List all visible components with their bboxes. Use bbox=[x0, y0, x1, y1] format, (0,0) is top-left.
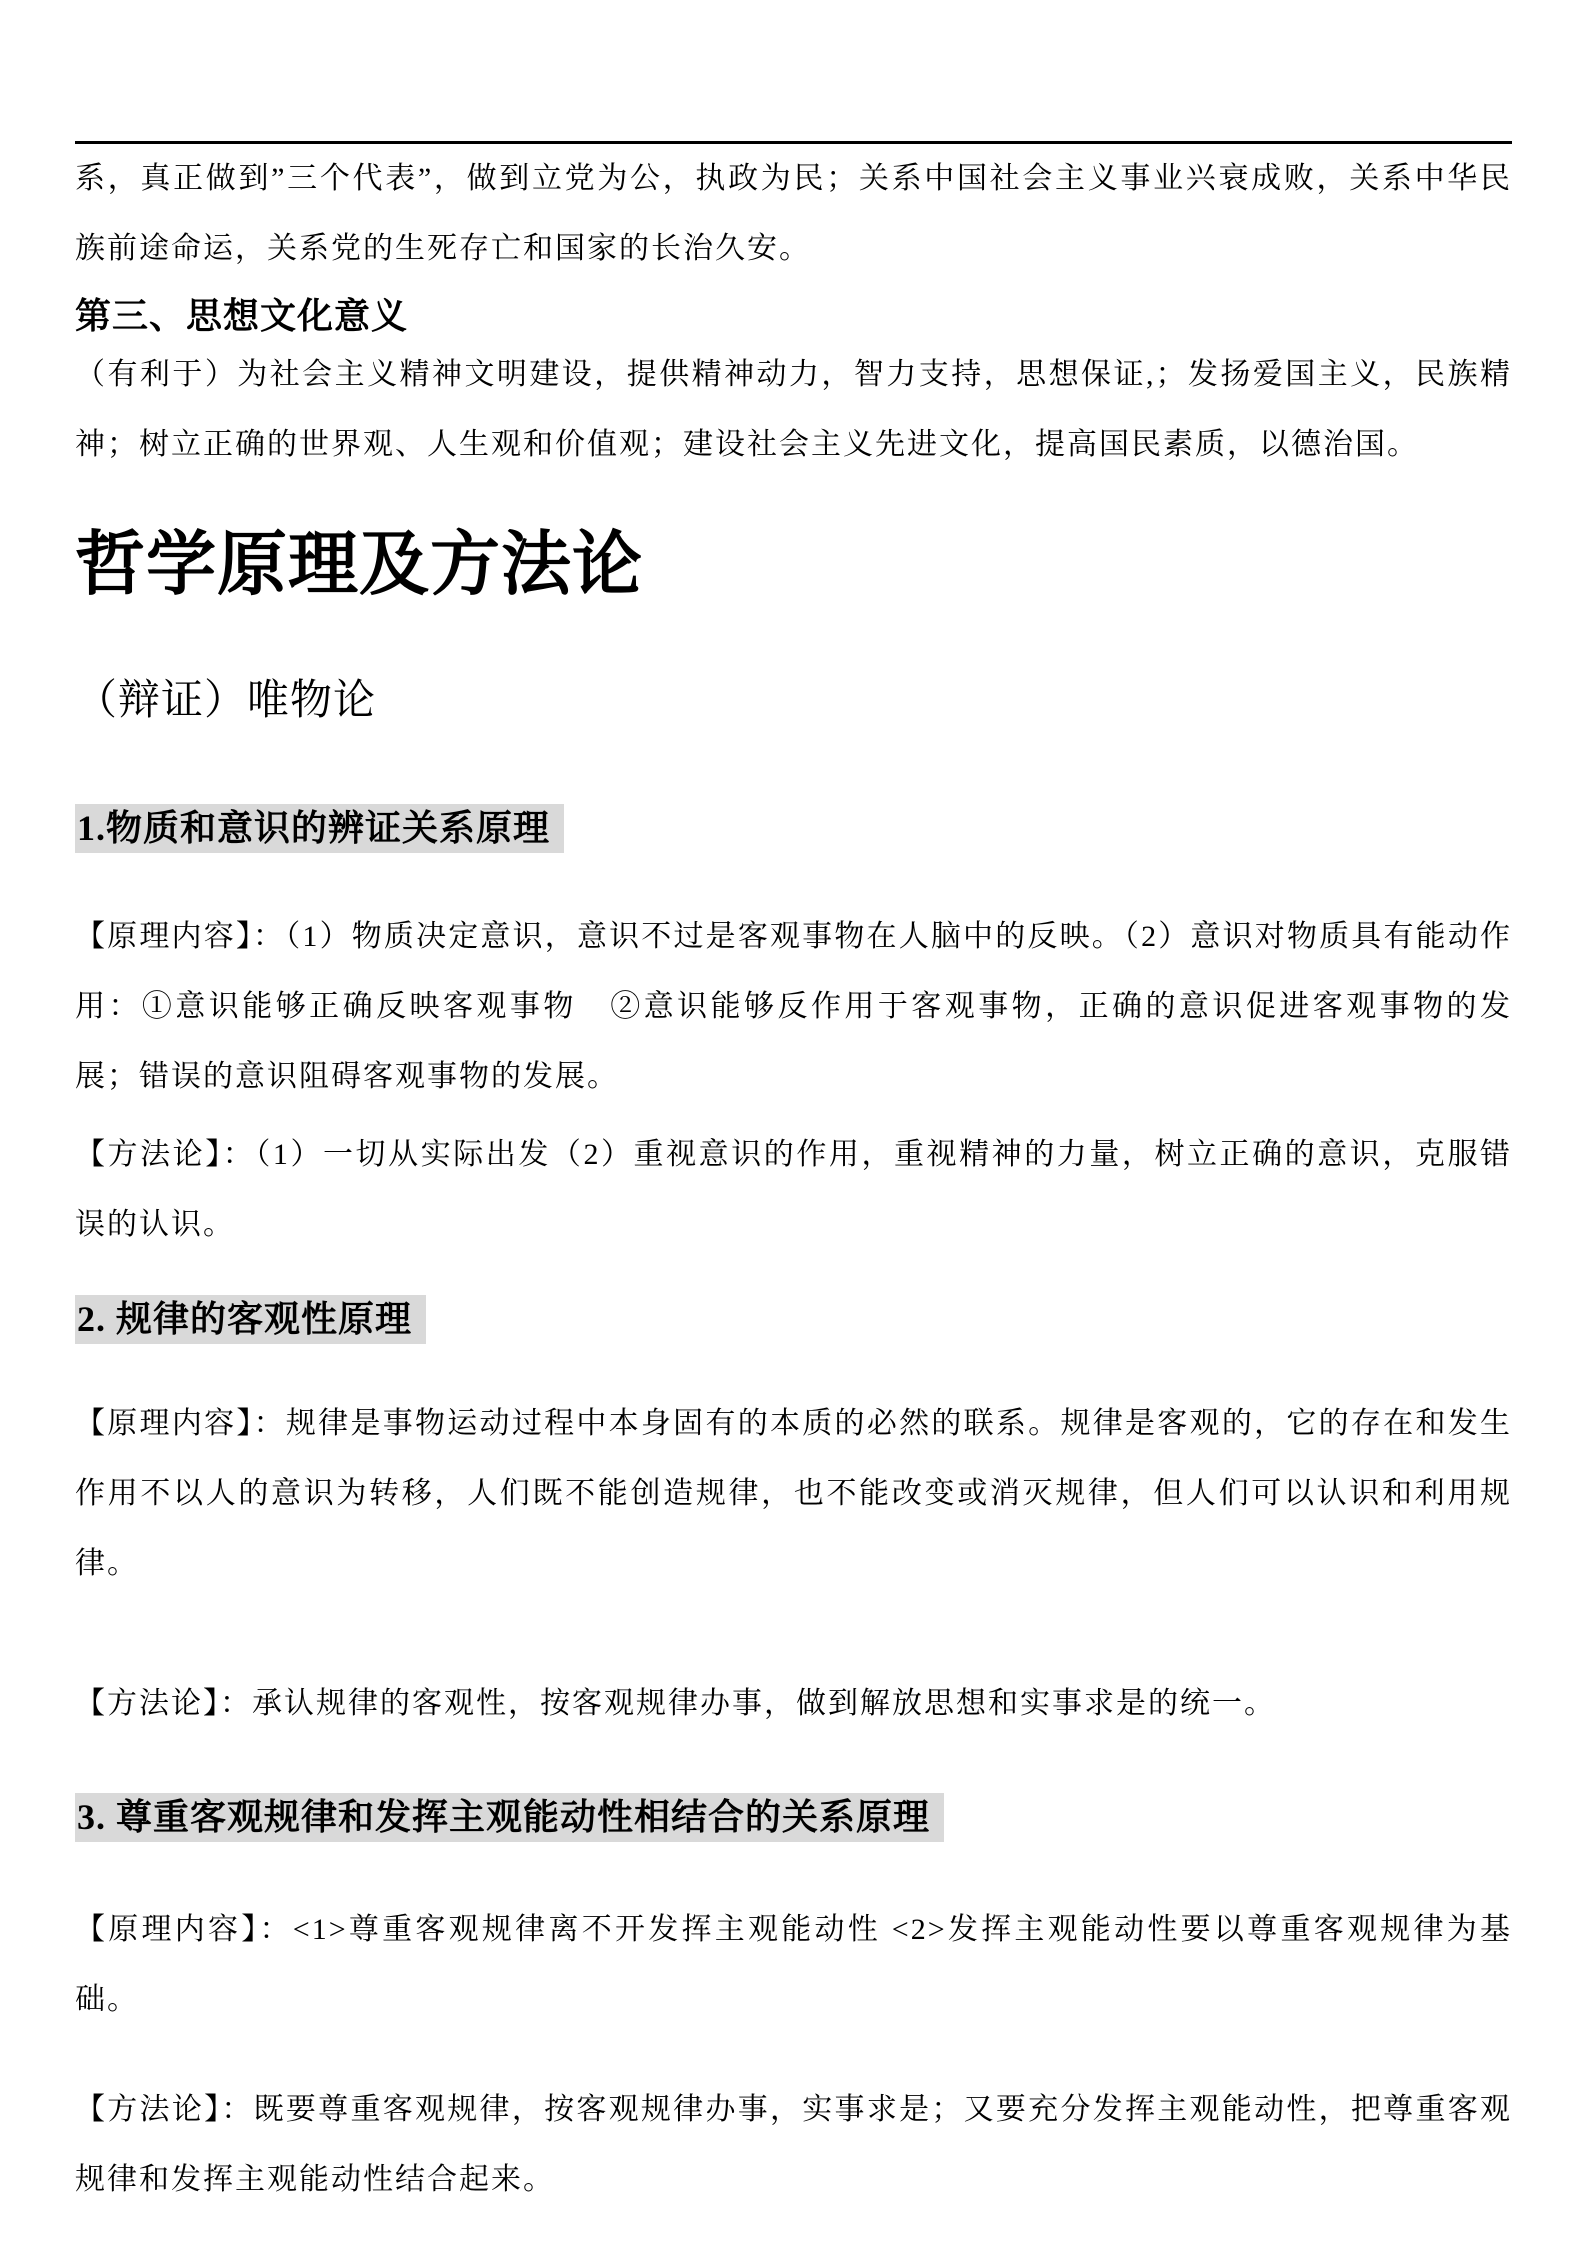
document-page: 系，真正做到”三个代表”，做到立党为公，执政为民；关系中国社会主义事业兴衰成败，… bbox=[0, 141, 1587, 2215]
principle-2-content: 【原理内容】：规律是事物运动过程中本身固有的本质的必然的联系。规律是客观的，它的… bbox=[75, 1389, 1512, 1599]
paragraph-continued: 系，真正做到”三个代表”，做到立党为公，执政为民；关系中国社会主义事业兴衰成败，… bbox=[75, 144, 1512, 284]
heading-thought-culture-significance: 第三、思想文化意义 bbox=[75, 292, 1512, 340]
principle-section-2: 2. 规律的客观性原理 【原理内容】：规律是事物运动过程中本身固有的本质的必然的… bbox=[75, 1295, 1512, 1739]
principle-3-heading: 3. 尊重客观规律和发挥主观能动性相结合的关系原理 bbox=[75, 1793, 944, 1842]
paragraph-thought-culture-significance: （有利于）为社会主义精神文明建设，提供精神动力，智力支持，思想保证,；发扬爱国主… bbox=[75, 340, 1512, 480]
principle-section-3: 3. 尊重客观规律和发挥主观能动性相结合的关系原理 【原理内容】：<1>尊重客观… bbox=[75, 1793, 1512, 2215]
principle-1-methodology: 【方法论】：（1）一切从实际出发（2）重视意识的作用，重视精神的力量，树立正确的… bbox=[75, 1120, 1512, 1260]
principle-3-methodology: 【方法论】：既要尊重客观规律，按客观规律办事，实事求是；又要充分发挥主观能动性，… bbox=[75, 2075, 1512, 2215]
principle-1-content: 【原理内容】：（1）物质决定意识，意识不过是客观事物在人脑中的反映。（2）意识对… bbox=[75, 902, 1512, 1112]
principle-2-heading: 2. 规律的客观性原理 bbox=[75, 1295, 426, 1344]
principle-3-content: 【原理内容】：<1>尊重客观规律离不开发挥主观能动性 <2>发挥主观能动性要以尊… bbox=[75, 1895, 1512, 2035]
chapter-title-dialectical-materialism: （辩证）唯物论 bbox=[75, 670, 1512, 732]
principle-2-methodology: 【方法论】：承认规律的客观性，按客观规律办事，做到解放思想和实事求是的统一。 bbox=[75, 1669, 1512, 1739]
principle-1-heading: 1.物质和意识的辨证关系原理 bbox=[75, 804, 564, 853]
main-title-philosophy-principles: 哲学原理及方法论 bbox=[75, 520, 1512, 612]
principle-section-1: 1.物质和意识的辨证关系原理 【原理内容】：（1）物质决定意识，意识不过是客观事… bbox=[75, 804, 1512, 1260]
